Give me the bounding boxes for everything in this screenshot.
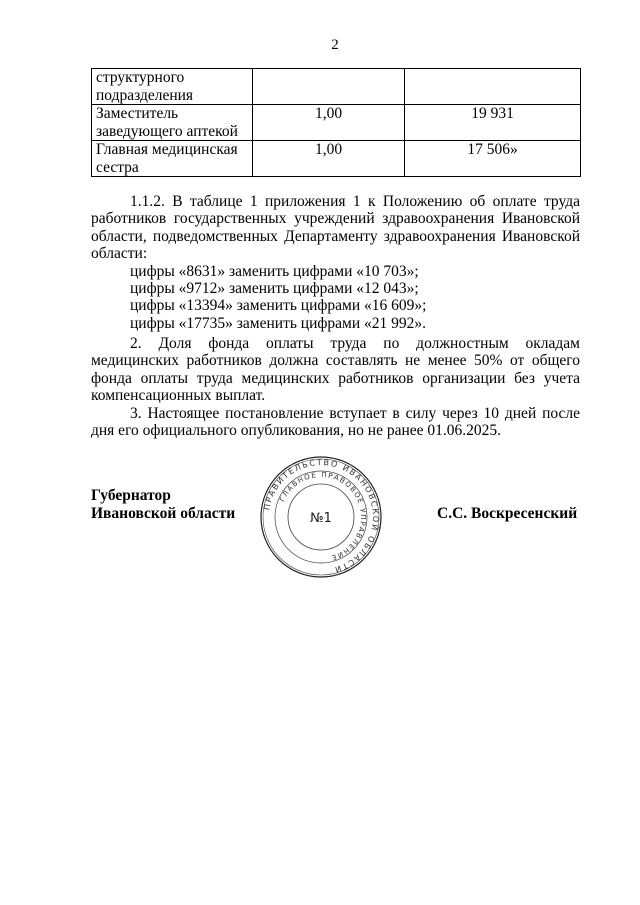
- section-3: 3. Настоящее постановление вступает в си…: [91, 405, 580, 440]
- signatory-title: Губернатор Ивановской области: [91, 487, 235, 523]
- replacement-item: цифры «13394» заменить цифрами «16 609»;: [91, 297, 580, 314]
- salary-table: структурного подразделения Заместитель з…: [91, 68, 581, 177]
- replacement-item: цифры «9712» заменить цифрами «12 043»;: [91, 280, 580, 297]
- paragraph-3: 3. Настоящее постановление вступает в си…: [91, 405, 580, 440]
- section-1-1-2: 1.1.2. В таблице 1 приложения 1 к Положе…: [91, 193, 580, 332]
- page-number: 2: [0, 37, 640, 54]
- cell-position: структурного подразделения: [92, 69, 253, 105]
- signatory-name: С.С. Воскресенский: [437, 505, 577, 523]
- cell-salary: [405, 69, 581, 105]
- signatory-title-line1: Губернатор: [91, 487, 235, 505]
- official-stamp-icon: ПРАВИТЕЛЬСТВО ИВАНОВСКОЙ ОБЛАСТИ ГЛАВНОЕ…: [258, 455, 384, 579]
- replacement-item: цифры «8631» заменить цифрами «10 703»;: [91, 263, 580, 280]
- cell-salary: 17 506»: [405, 141, 581, 177]
- signatory-title-line2: Ивановской области: [91, 505, 235, 523]
- section-2: 2. Доля фонда оплаты труда по должностны…: [91, 335, 580, 405]
- cell-position: Заместитель заведующего аптекой: [92, 105, 253, 141]
- table-row: структурного подразделения: [92, 69, 581, 105]
- paragraph-2: 2. Доля фонда оплаты труда по должностны…: [91, 335, 580, 405]
- paragraph-1-1-2: 1.1.2. В таблице 1 приложения 1 к Положе…: [91, 193, 580, 263]
- cell-coefficient: 1,00: [253, 105, 405, 141]
- cell-coefficient: [253, 69, 405, 105]
- table-row: Заместитель заведующего аптекой 1,00 19 …: [92, 105, 581, 141]
- cell-position: Главная медицинская сестра: [92, 141, 253, 177]
- cell-coefficient: 1,00: [253, 141, 405, 177]
- stamp-center-text: №1: [310, 511, 332, 526]
- cell-salary: 19 931: [405, 105, 581, 141]
- table-row: Главная медицинская сестра 1,00 17 506»: [92, 141, 581, 177]
- replacement-item: цифры «17735» заменить цифрами «21 992».: [91, 315, 580, 332]
